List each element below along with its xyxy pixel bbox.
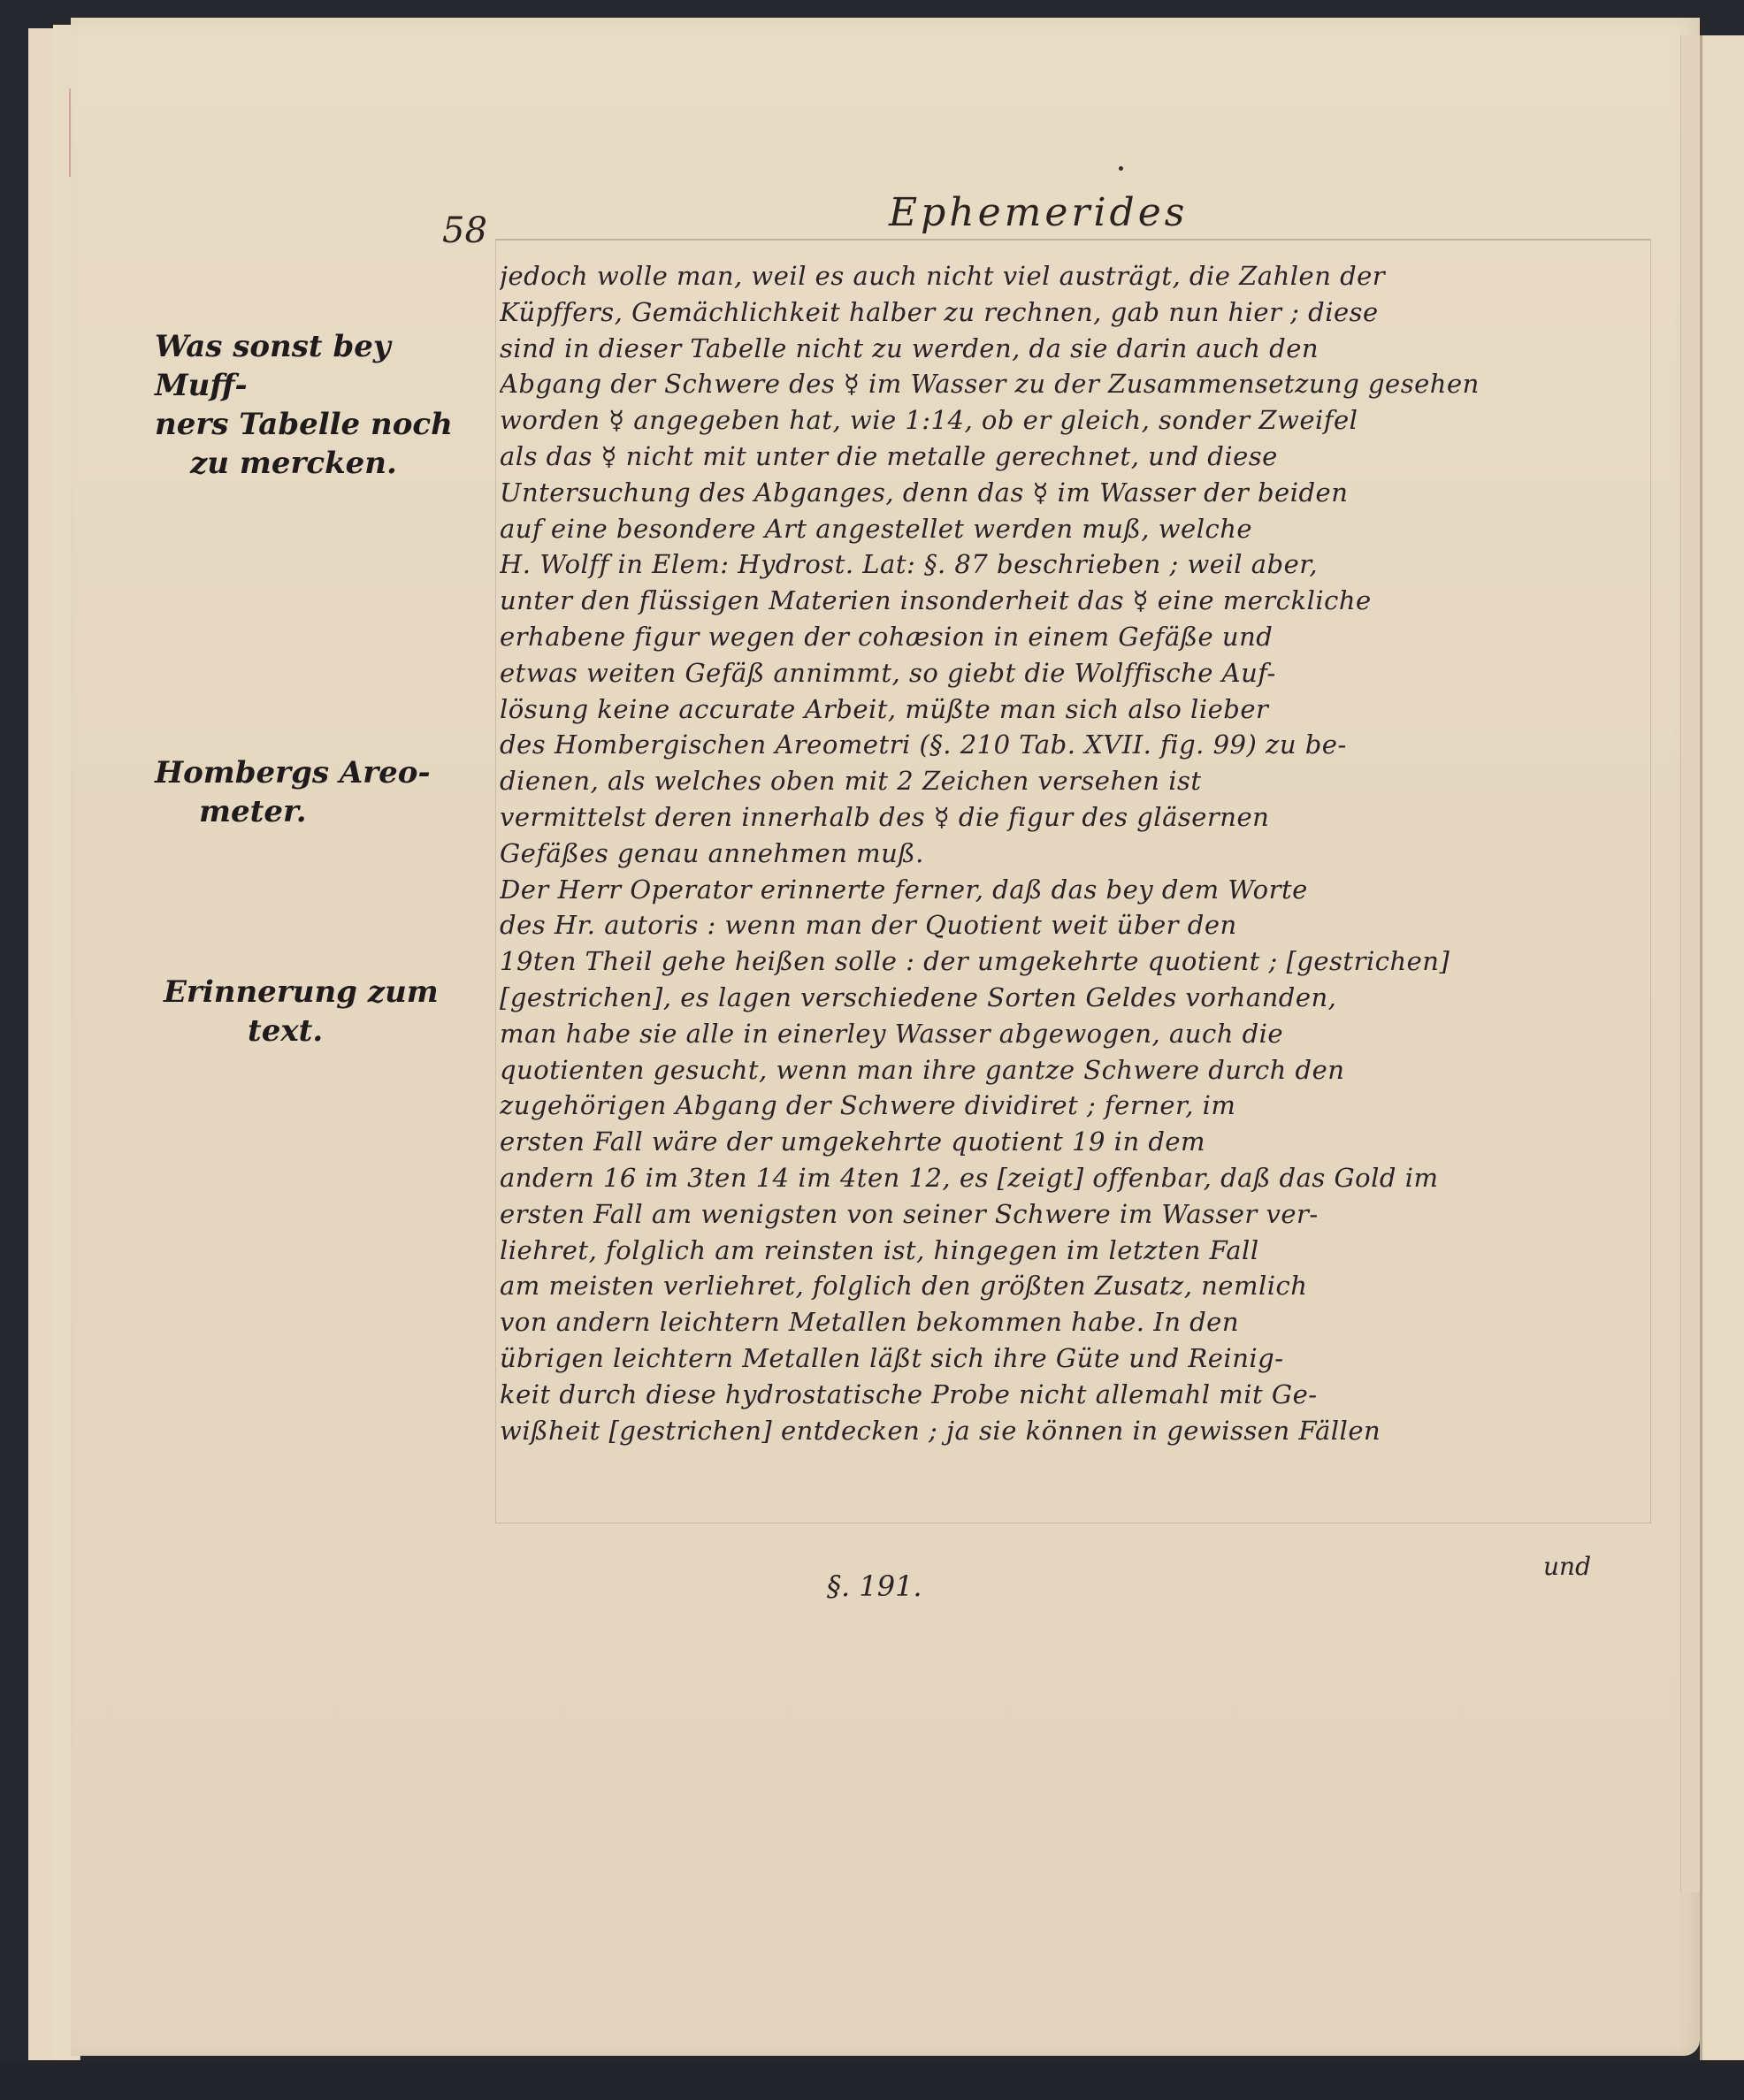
text-line: sind in dieser Tabelle nicht zu werden, … [500, 331, 1649, 367]
text-line: wißheit [gestrichen] entdecken ; ja sie … [500, 1413, 1649, 1449]
text-line: von andern leichtern Metallen bekommen h… [500, 1304, 1649, 1340]
ink-dot [1119, 166, 1123, 171]
text-line: H. Wolff in Elem: Hydrost. Lat: §. 87 be… [500, 546, 1649, 583]
margin-note-erinnerung: Erinnerung zum text. [164, 973, 464, 1050]
text-line: auf eine besondere Art angestellet werde… [500, 511, 1649, 547]
page-end-catchword: und [1543, 1552, 1591, 1581]
text-line: lösung keine accurate Arbeit, müßte man … [500, 691, 1649, 728]
text-line: quotienten gesucht, wenn man ihre gantze… [500, 1052, 1649, 1088]
margin-note-line: zu mercken. [155, 444, 455, 483]
margin-note-muffners-table: Was sonst bey Muff- ners Tabelle noch zu… [155, 327, 455, 483]
page-number: 58 [442, 210, 487, 251]
margin-note-line: Erinnerung zum [164, 973, 464, 1012]
text-line: worden ☿ angegeben hat, wie 1:14, ob er … [500, 402, 1649, 439]
margin-note-line: text. [164, 1012, 464, 1050]
page-header-title: Ephemerides [889, 190, 1188, 235]
text-line: vermittelst deren innerhalb des ☿ die fi… [500, 799, 1649, 836]
text-line: erhabene figur wegen der cohæsion in ein… [500, 619, 1649, 655]
facing-page [1700, 35, 1744, 2060]
section-catchword: §. 191. [827, 1569, 922, 1603]
text-line: Der Herr Operator erinnerte ferner, daß … [500, 872, 1649, 908]
text-line: des Hombergischen Areometri (§. 210 Tab.… [500, 727, 1649, 763]
text-line: man habe sie alle in einerley Wasser abg… [500, 1016, 1649, 1052]
text-line: 19ten Theil gehe heißen solle : der umge… [500, 943, 1649, 980]
text-line: des Hr. autoris : wenn man der Quotient … [500, 907, 1649, 943]
text-line: etwas weiten Gefäß annimmt, so giebt die… [500, 655, 1649, 691]
text-line: liehret, folglich am reinsten ist, hinge… [500, 1233, 1649, 1269]
text-line: am meisten verliehret, folglich den größ… [500, 1268, 1649, 1304]
text-line: ersten Fall am wenigsten von seiner Schw… [500, 1196, 1649, 1233]
margin-note-hombergs-areometer: Hombergs Areo- meter. [155, 753, 455, 831]
text-line: als das ☿ nicht mit unter die metalle ge… [500, 439, 1649, 475]
text-line: Abgang der Schwere des ☿ im Wasser zu de… [500, 366, 1649, 402]
margin-note-line: meter. [155, 792, 455, 831]
text-line: keit durch diese hydrostatische Probe ni… [500, 1377, 1649, 1413]
margin-note-line: Was sonst bey Muff- [155, 327, 455, 405]
text-line: dienen, als welches oben mit 2 Zeichen v… [500, 763, 1649, 799]
text-line: ersten Fall wäre der umgekehrte quotient… [500, 1124, 1649, 1160]
text-line: zugehörigen Abgang der Schwere dividiret… [500, 1088, 1649, 1124]
manuscript-body-text: jedoch wolle man, weil es auch nicht vie… [500, 258, 1649, 1448]
text-line: jedoch wolle man, weil es auch nicht vie… [500, 258, 1649, 294]
text-line: andern 16 im 3ten 14 im 4ten 12, es [zei… [500, 1160, 1649, 1196]
margin-note-line: Hombergs Areo- [155, 753, 455, 792]
text-line: Untersuchung des Abganges, denn das ☿ im… [500, 475, 1649, 511]
margin-rule [69, 88, 71, 177]
text-line: übrigen leichtern Metallen läßt sich ihr… [500, 1340, 1649, 1377]
text-line: Küpffers, Gemächlichkeit halber zu rechn… [500, 294, 1649, 331]
text-line: unter den flüssigen Materien insonderhei… [500, 583, 1649, 619]
margin-note-line: ners Tabelle noch [155, 405, 455, 444]
text-line: [gestrichen], es lagen verschiedene Sort… [500, 980, 1649, 1016]
scan-bottom-border [0, 2060, 1744, 2100]
text-line: Gefäßes genau annehmen muß. [500, 836, 1649, 872]
